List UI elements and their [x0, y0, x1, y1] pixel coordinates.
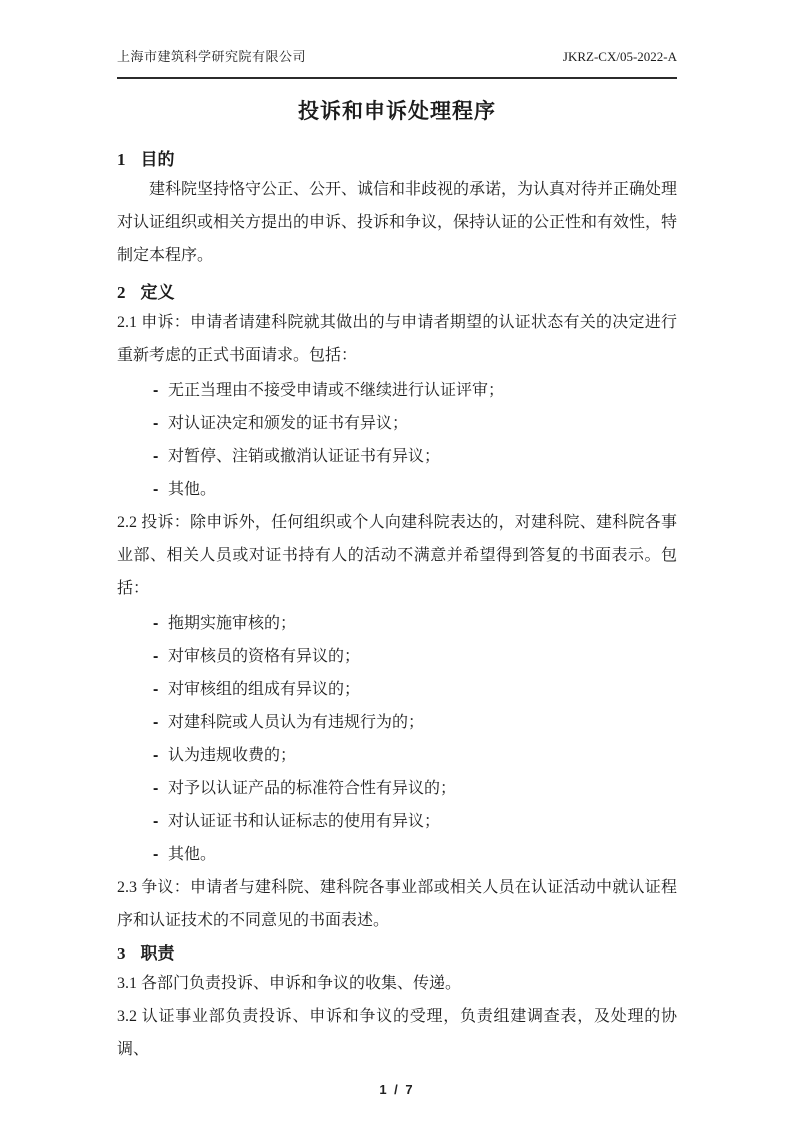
list-item: - 其他。	[153, 473, 677, 506]
paragraph-purpose: 建科院坚持恪守公正、公开、诚信和非歧视的承诺，为认真对待并正确处理对认证组织或相…	[117, 173, 677, 272]
list-item-text: 对审核员的资格有异议的；	[168, 640, 360, 673]
dash-bullet-icon: -	[153, 838, 168, 871]
dash-bullet-icon: -	[153, 473, 168, 506]
section-number-3: 3	[117, 941, 126, 967]
list-item-text: 其他。	[168, 473, 216, 506]
complaint-items-list: - 拖期实施审核的； - 对审核员的资格有异议的； - 对审核组的组成有异议的；…	[117, 607, 677, 871]
section-number-2: 2	[117, 280, 126, 306]
list-item-text: 对暂停、注销或撤消认证证书有异议；	[168, 440, 440, 473]
dash-bullet-icon: -	[153, 640, 168, 673]
list-item: - 认为违规收费的；	[153, 739, 677, 772]
section-label-definitions: 定义	[141, 280, 175, 306]
list-item-text: 对建科院或人员认为有违规行为的；	[168, 706, 424, 739]
document-page: 上海市建筑科学研究院有限公司 JKRZ-CX/05-2022-A 投诉和申诉处理…	[0, 0, 794, 1123]
list-item: - 无正当理由不接受申请或不继续进行认证评审；	[153, 374, 677, 407]
dash-bullet-icon: -	[153, 374, 168, 407]
paragraph-responsibility-3-1: 3.1 各部门负责投诉、申诉和争议的收集、传递。	[117, 967, 677, 1000]
dash-bullet-icon: -	[153, 607, 168, 640]
dash-bullet-icon: -	[153, 407, 168, 440]
list-item-text: 无正当理由不接受申请或不继续进行认证评审；	[168, 374, 504, 407]
paragraph-definition-appeal: 2.1 申诉：申请者请建科院就其做出的与申请者期望的认证状态有关的决定进行重新考…	[117, 306, 677, 372]
section-label-responsibilities: 职责	[141, 941, 175, 967]
company-name: 上海市建筑科学研究院有限公司	[117, 48, 306, 65]
paragraph-responsibility-3-2: 3.2 认证事业部负责投诉、申诉和争议的受理，负责组建调查表，及处理的协调、	[117, 1000, 677, 1066]
list-item-text: 对审核组的组成有异议的；	[168, 673, 360, 706]
page-header: 上海市建筑科学研究院有限公司 JKRZ-CX/05-2022-A	[117, 48, 677, 79]
section-heading-responsibilities: 3 职责	[117, 941, 677, 967]
list-item-text: 认为违规收费的；	[168, 739, 296, 772]
list-item: - 拖期实施审核的；	[153, 607, 677, 640]
dash-bullet-icon: -	[153, 739, 168, 772]
list-item: - 对认证证书和认证标志的使用有异议；	[153, 805, 677, 838]
dash-bullet-icon: -	[153, 440, 168, 473]
doc-code: JKRZ-CX/05-2022-A	[563, 48, 677, 65]
page-footer: 1 / 7	[117, 1082, 677, 1097]
doc-title: 投诉和申诉处理程序	[117, 97, 677, 127]
section-heading-purpose: 1 目的	[117, 147, 677, 173]
appeal-items-list: - 无正当理由不接受申请或不继续进行认证评审； - 对认证决定和颁发的证书有异议…	[117, 374, 677, 506]
dash-bullet-icon: -	[153, 772, 168, 805]
list-item: - 对予以认证产品的标准符合性有异议的；	[153, 772, 677, 805]
list-item: - 对建科院或人员认为有违规行为的；	[153, 706, 677, 739]
section-label-purpose: 目的	[141, 147, 175, 173]
list-item: - 对审核员的资格有异议的；	[153, 640, 677, 673]
paragraph-definition-dispute: 2.3 争议：申请者与建科院、建科院各事业部或相关人员在认证活动中就认证程序和认…	[117, 871, 677, 937]
section-number-1: 1	[117, 147, 126, 173]
list-item: - 对审核组的组成有异议的；	[153, 673, 677, 706]
list-item: - 对暂停、注销或撤消认证证书有异议；	[153, 440, 677, 473]
list-item-text: 拖期实施审核的；	[168, 607, 296, 640]
list-item-text: 对认证决定和颁发的证书有异议；	[168, 407, 408, 440]
dash-bullet-icon: -	[153, 706, 168, 739]
list-item-text: 其他。	[168, 838, 216, 871]
list-item-text: 对予以认证产品的标准符合性有异议的；	[168, 772, 456, 805]
list-item: - 对认证决定和颁发的证书有异议；	[153, 407, 677, 440]
list-item-text: 对认证证书和认证标志的使用有异议；	[168, 805, 440, 838]
list-item: - 其他。	[153, 838, 677, 871]
dash-bullet-icon: -	[153, 805, 168, 838]
paragraph-definition-complaint: 2.2 投诉：除申诉外，任何组织或个人向建科院表达的，对建科院、建科院各事业部、…	[117, 506, 677, 605]
dash-bullet-icon: -	[153, 673, 168, 706]
page-number: 1 / 7	[379, 1082, 414, 1097]
section-heading-definitions: 2 定义	[117, 280, 677, 306]
